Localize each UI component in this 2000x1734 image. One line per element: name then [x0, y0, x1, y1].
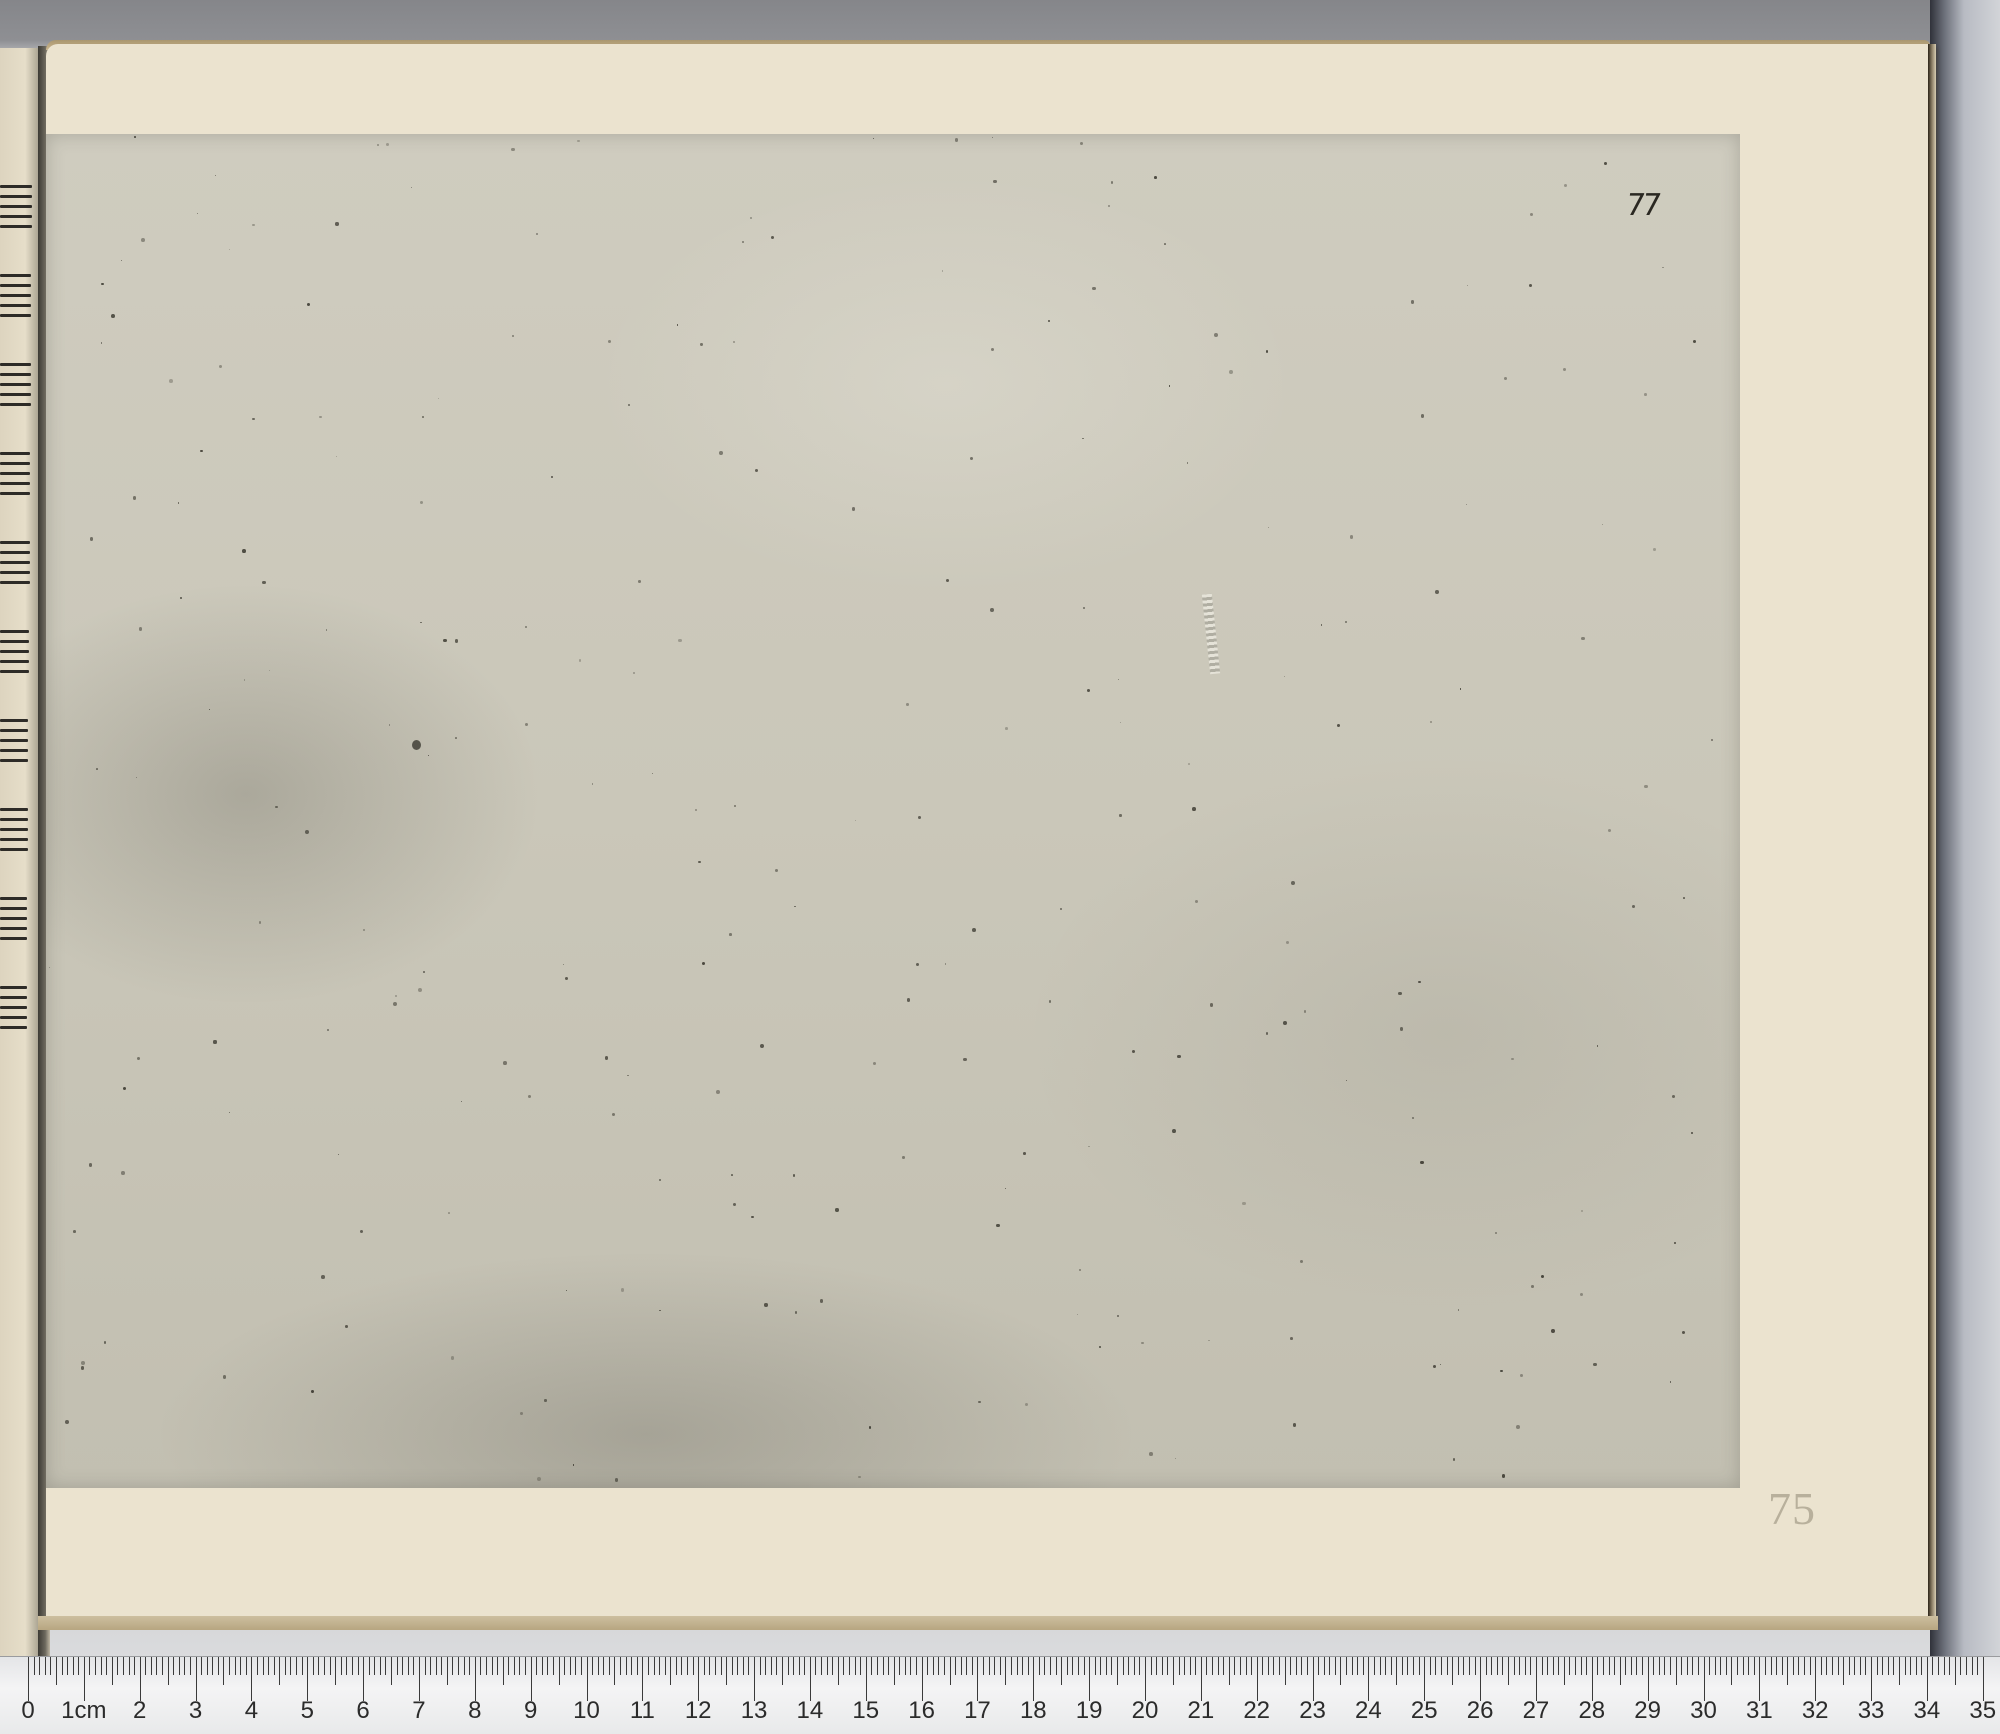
ruler-tick [1011, 1657, 1012, 1675]
plate-speck [544, 1399, 546, 1401]
plate-speck [1644, 785, 1647, 788]
plate-speck [918, 816, 921, 819]
ruler-tick [1469, 1657, 1470, 1675]
plate-speck [121, 260, 122, 261]
ruler-tick [89, 1657, 90, 1675]
ruler-tick [955, 1657, 956, 1675]
plate-speck [1286, 941, 1289, 944]
plate-speck [338, 1154, 339, 1155]
plate-speck [363, 929, 365, 931]
plate-speck [573, 1464, 575, 1466]
plate-speck [551, 476, 553, 478]
ruler-tick [1804, 1657, 1805, 1675]
ruler-tick [1631, 1657, 1632, 1675]
ruler-tick [1234, 1657, 1235, 1675]
plate-speck [1597, 1045, 1598, 1046]
ruler-tick [1759, 1657, 1760, 1701]
ruler-tick [977, 1657, 978, 1701]
ruler-tick [296, 1657, 297, 1675]
ruler-tick [1731, 1657, 1732, 1685]
ruler-label: 23 [1299, 1697, 1326, 1725]
plate-speck [1087, 689, 1090, 692]
plate-speck [1210, 1003, 1214, 1007]
ruler-tick [1497, 1657, 1498, 1675]
plate-speck [1082, 438, 1083, 439]
ruler-tick [1614, 1657, 1615, 1675]
plate-speck [537, 1477, 541, 1481]
ruler-tick [614, 1657, 615, 1685]
ruler-tick [1357, 1657, 1358, 1675]
plate-speck [916, 963, 919, 966]
ruler-tick [402, 1657, 403, 1675]
plate-speck [169, 379, 173, 383]
plate-speck [197, 213, 198, 214]
ruler-tick [1285, 1657, 1286, 1685]
ruler-tick [1972, 1657, 1973, 1675]
ruler-tick [648, 1657, 649, 1675]
plate-speck [1149, 1452, 1153, 1456]
plate-speck [262, 581, 265, 584]
plate-speck [275, 806, 278, 809]
left-page-text-line [0, 818, 28, 821]
plate-speck [89, 1163, 93, 1167]
ruler-tick [1273, 1657, 1274, 1675]
plate-speck [96, 768, 98, 770]
plate-speck [512, 335, 514, 337]
plate-speck [269, 670, 270, 671]
ruler-label: 17 [964, 1697, 991, 1725]
ruler-tick [732, 1657, 733, 1675]
ruler-tick [447, 1657, 448, 1685]
plate-speck [1192, 807, 1196, 811]
plate-speck [991, 348, 995, 352]
ruler-tick [989, 1657, 990, 1675]
ruler-tick [503, 1657, 504, 1685]
plate-speck [1268, 527, 1270, 529]
plate-speck [1504, 377, 1507, 380]
ruler-tick [1067, 1657, 1068, 1675]
left-page-text-line [0, 640, 29, 643]
ruler-label: 6 [356, 1697, 369, 1725]
ruler-tick [1821, 1657, 1822, 1675]
plate-speck [731, 1174, 733, 1176]
plate-speck [1266, 1032, 1269, 1035]
ruler-tick [1826, 1657, 1827, 1675]
plate-speck [621, 1288, 624, 1291]
ruler-tick [1955, 1657, 1956, 1685]
ruler-tick [363, 1657, 364, 1701]
plate-speck [1175, 1458, 1176, 1459]
ruler-tick [944, 1657, 945, 1675]
ruler-tick [1385, 1657, 1386, 1675]
plate-speck [1154, 176, 1157, 179]
ruler-label: 30 [1690, 1697, 1717, 1725]
ruler-tick [1072, 1657, 1073, 1675]
plate-speck [111, 314, 115, 318]
plate-speck [326, 629, 328, 631]
ruler-tick [1586, 1657, 1587, 1675]
ruler-tick [1921, 1657, 1922, 1675]
ruler-tick [196, 1657, 197, 1701]
ruler-tick [950, 1657, 951, 1685]
ruler-tick [665, 1657, 666, 1675]
ruler-tick [1396, 1657, 1397, 1685]
ruler-tick [542, 1657, 543, 1675]
ruler-tick [1514, 1657, 1515, 1675]
plate-speck [577, 140, 579, 142]
ruler-tick [1134, 1657, 1135, 1675]
ruler-tick [1340, 1657, 1341, 1685]
plate-speck [393, 1002, 397, 1006]
ruler-label: 1cm [61, 1697, 106, 1725]
ruler-tick [620, 1657, 621, 1675]
plate-speck [1460, 688, 1462, 690]
ruler-tick [246, 1657, 247, 1675]
left-page-text-line [0, 828, 28, 831]
left-page-text-line [0, 838, 28, 841]
plate-speck [627, 1075, 628, 1076]
ruler-tick [1620, 1657, 1621, 1685]
ruler-tick [1441, 1657, 1442, 1675]
ruler-tick [1765, 1657, 1766, 1675]
ruler-tick [514, 1657, 515, 1675]
ruler-tick [1050, 1657, 1051, 1675]
left-page-text-line [0, 195, 32, 198]
ruler-tick [201, 1657, 202, 1675]
ruler-tick [45, 1657, 46, 1675]
left-page-text-line [0, 937, 27, 940]
plate-speck [942, 270, 944, 272]
plate-speck [335, 222, 338, 225]
plate-speck [1541, 1275, 1544, 1278]
left-page-text-line [0, 670, 29, 673]
ruler-tick [1413, 1657, 1414, 1675]
ruler-tick [1938, 1657, 1939, 1675]
ruler-tick [385, 1657, 386, 1675]
ruler-label: 0 [21, 1697, 34, 1725]
ruler-label: 13 [741, 1697, 768, 1725]
ruler-tick [352, 1657, 353, 1675]
plate-speck [1092, 287, 1096, 291]
plate-speck [1242, 1202, 1246, 1206]
plate-speck [422, 416, 424, 418]
plate-speck [1418, 981, 1421, 984]
plate-speck [1337, 724, 1340, 727]
ruler-tick [95, 1657, 96, 1675]
ruler-tick [1044, 1657, 1045, 1675]
ruler-tick [693, 1657, 694, 1675]
ruler-tick [1502, 1657, 1503, 1675]
ruler-tick [1296, 1657, 1297, 1675]
ruler-tick [1625, 1657, 1626, 1675]
plate-speck [1670, 1381, 1672, 1383]
left-page-text-line [0, 996, 27, 999]
ruler-tick [1262, 1657, 1263, 1675]
ruler-tick [1977, 1657, 1978, 1675]
ruler-tick [799, 1657, 800, 1675]
ruler-tick [129, 1657, 130, 1675]
ruler-tick [397, 1657, 398, 1675]
ruler-label: 27 [1523, 1697, 1550, 1725]
ruler-tick [1542, 1657, 1543, 1675]
plate-speck [794, 906, 795, 907]
page-number: 75 [1768, 1482, 1816, 1535]
ruler-tick [1564, 1657, 1565, 1685]
plate-speck [123, 1087, 126, 1090]
plate-speck [428, 755, 429, 756]
plate-speck [1529, 284, 1532, 287]
left-page-text-line [0, 927, 27, 930]
ruler-label: 16 [908, 1697, 935, 1725]
ruler-tick [927, 1657, 928, 1675]
plate-speck [1077, 1314, 1078, 1315]
plate-speck [451, 1356, 454, 1359]
ruler-tick [436, 1657, 437, 1675]
ruler-tick [547, 1657, 548, 1675]
ruler-tick [28, 1657, 29, 1701]
ruler-tick [1843, 1657, 1844, 1685]
plate-speck [1177, 1055, 1181, 1059]
ruler-tick [1927, 1657, 1928, 1701]
ruler-tick [1581, 1657, 1582, 1675]
ruler-label: 32 [1802, 1697, 1829, 1725]
ruler-tick [1653, 1657, 1654, 1675]
ruler-tick [1692, 1657, 1693, 1675]
plate-speck [1005, 1188, 1006, 1189]
plate-speck [73, 1230, 76, 1233]
plate-speck [566, 1290, 567, 1291]
ruler-tick [581, 1657, 582, 1675]
ruler-label: 18 [1020, 1697, 1047, 1725]
ruler-tick [972, 1657, 973, 1675]
ruler-tick [1597, 1657, 1598, 1675]
ruler-tick [1435, 1657, 1436, 1675]
plate-speck [1440, 1364, 1441, 1365]
ruler-tick [425, 1657, 426, 1675]
ruler-tick [1558, 1657, 1559, 1675]
plate-speck [420, 501, 423, 504]
plate-speck [1516, 1425, 1520, 1429]
plate-speck [993, 180, 996, 183]
plate-speck [1400, 1027, 1404, 1031]
ruler-tick [1407, 1657, 1408, 1675]
plate-speck [1580, 1293, 1583, 1296]
plate-speck [360, 1230, 363, 1233]
ruler-tick [1363, 1657, 1364, 1675]
ruler-tick [1084, 1657, 1085, 1675]
ruler-label: 10 [573, 1697, 600, 1725]
ruler-label: 24 [1355, 1697, 1382, 1725]
ruler-tick [883, 1657, 884, 1675]
left-page-text-line [0, 1016, 27, 1019]
ruler-tick [983, 1657, 984, 1675]
ruler-tick [1715, 1657, 1716, 1675]
ruler-tick [698, 1657, 699, 1701]
ruler-tick [1642, 1657, 1643, 1675]
ruler-tick [1771, 1657, 1772, 1675]
left-page-text-line [0, 986, 27, 989]
plate-speck [311, 1390, 314, 1393]
ruler-tick [1743, 1657, 1744, 1675]
plate-speck [420, 622, 421, 623]
plate-speck [1300, 1260, 1303, 1263]
plate-speck [677, 324, 679, 326]
ruler-tick [1290, 1657, 1291, 1675]
plate-speck [1079, 1269, 1081, 1271]
plate-speck [139, 627, 143, 631]
plate-speck [1187, 462, 1189, 464]
ruler-tick [1737, 1657, 1738, 1675]
ruler-tick [313, 1657, 314, 1675]
plate-speck [751, 1216, 753, 1218]
ruler-tick [1017, 1657, 1018, 1675]
ruler-tick [78, 1657, 79, 1675]
ruler-tick [1687, 1657, 1688, 1675]
plate-speck [1025, 1403, 1028, 1406]
plate-speck [992, 137, 993, 138]
plate-speck [536, 233, 538, 235]
plate-speck [678, 639, 682, 643]
ruler-tick [1748, 1657, 1749, 1675]
plate-speck [1398, 992, 1402, 996]
ruler-tick [598, 1657, 599, 1675]
ruler-tick [1603, 1657, 1604, 1675]
plate-speck [104, 1341, 107, 1344]
ruler-tick [1128, 1657, 1129, 1675]
plate-speck [1214, 333, 1218, 337]
left-page-text-line [0, 719, 28, 722]
plate-speck [1433, 1365, 1436, 1368]
plate-speck [835, 1208, 838, 1211]
ruler-tick [1106, 1657, 1107, 1675]
left-page-text-line [0, 630, 29, 633]
ruler-tick [1028, 1657, 1029, 1675]
ruler-tick [1380, 1657, 1381, 1675]
ruler-tick [1949, 1657, 1950, 1675]
plate-speck [229, 1112, 230, 1113]
plate-speck [49, 967, 50, 968]
plate-speck [719, 451, 723, 455]
ruler-label: 19 [1076, 1697, 1103, 1725]
ruler-tick [117, 1657, 118, 1675]
plate-speck [820, 1299, 824, 1303]
ruler-label: 33 [1858, 1697, 1885, 1725]
plate-speck [1208, 1340, 1209, 1341]
ruler-tick [486, 1657, 487, 1675]
plate-speck [1564, 184, 1567, 187]
ruler-tick [1832, 1657, 1833, 1675]
ruler-tick [1346, 1657, 1347, 1675]
plate-speck [852, 507, 856, 511]
ruler-tick [1910, 1657, 1911, 1675]
ruler-tick [525, 1657, 526, 1675]
ruler-tick [793, 1657, 794, 1675]
ruler-label: 12 [685, 1697, 712, 1725]
ruler-tick [553, 1657, 554, 1675]
plate-speck [121, 1171, 125, 1175]
ruler-tick [1810, 1657, 1811, 1675]
plate-speck [81, 1366, 84, 1369]
page-bottom-edge [38, 1616, 1938, 1630]
ruler-tick [318, 1657, 319, 1675]
ruler-tick [1123, 1657, 1124, 1675]
ruler-tick [106, 1657, 107, 1675]
photographic-plate [46, 134, 1740, 1488]
ruler-tick [1793, 1657, 1794, 1675]
plate-speck [1602, 524, 1603, 525]
ruler-tick [480, 1657, 481, 1675]
left-page-text-line [0, 848, 28, 851]
plate-speck [213, 1040, 216, 1043]
ruler-tick [1865, 1657, 1866, 1675]
ruler-tick [492, 1657, 493, 1675]
plate-speck [733, 1203, 736, 1206]
ruler-tick [821, 1657, 822, 1675]
ruler-tick [531, 1657, 532, 1701]
ruler-tick [290, 1657, 291, 1675]
ruler-label: 15 [852, 1697, 879, 1725]
ruler-tick [34, 1657, 35, 1675]
ruler-tick [776, 1657, 777, 1675]
ruler-tick [536, 1657, 537, 1675]
plate-speck [1672, 1095, 1675, 1098]
ruler-tick [475, 1657, 476, 1701]
plate-speck [423, 971, 425, 973]
ruler-tick [670, 1657, 671, 1685]
ruler-tick [285, 1657, 286, 1675]
ruler-tick [1854, 1657, 1855, 1675]
left-page-text-line [0, 482, 30, 485]
plate-speck [319, 416, 322, 419]
left-page-text-line [0, 571, 30, 574]
plate-speck [612, 1113, 615, 1116]
plate-speck [1060, 908, 1062, 910]
plate-speck [141, 238, 145, 242]
ruler-tick [1257, 1657, 1258, 1701]
ruler-tick [1229, 1657, 1230, 1685]
ruler-tick [765, 1657, 766, 1675]
ruler-tick [1190, 1657, 1191, 1675]
left-page-text-line [0, 551, 30, 554]
ruler-tick [1000, 1657, 1001, 1675]
ruler-tick [341, 1657, 342, 1675]
ruler-tick [1664, 1657, 1665, 1675]
plate-speck [869, 1426, 871, 1428]
ruler-tick [1681, 1657, 1682, 1675]
plate-speck [1511, 1058, 1513, 1060]
plate-speck [628, 404, 630, 406]
ruler-label: 7 [412, 1697, 425, 1725]
plate-speck [1172, 1129, 1176, 1133]
ruler-tick [1882, 1657, 1883, 1675]
left-page-text-line [0, 215, 32, 218]
ruler-tick [843, 1657, 844, 1675]
plate-speck [137, 1057, 140, 1060]
ruler-tick [1720, 1657, 1721, 1675]
left-page-text-line [0, 541, 30, 544]
left-page-text-line [0, 729, 28, 732]
plate-speck [1581, 1210, 1583, 1212]
plate-speck [1188, 763, 1190, 765]
ruler-tick [1402, 1657, 1403, 1675]
ruler-label: 20 [1132, 1697, 1159, 1725]
ruler-tick [1452, 1657, 1453, 1685]
plate-speck [455, 639, 458, 642]
plate-speck [81, 1361, 85, 1365]
ruler-tick [1508, 1657, 1509, 1685]
ruler-tick [654, 1657, 655, 1675]
left-page-text-line [0, 1006, 27, 1009]
